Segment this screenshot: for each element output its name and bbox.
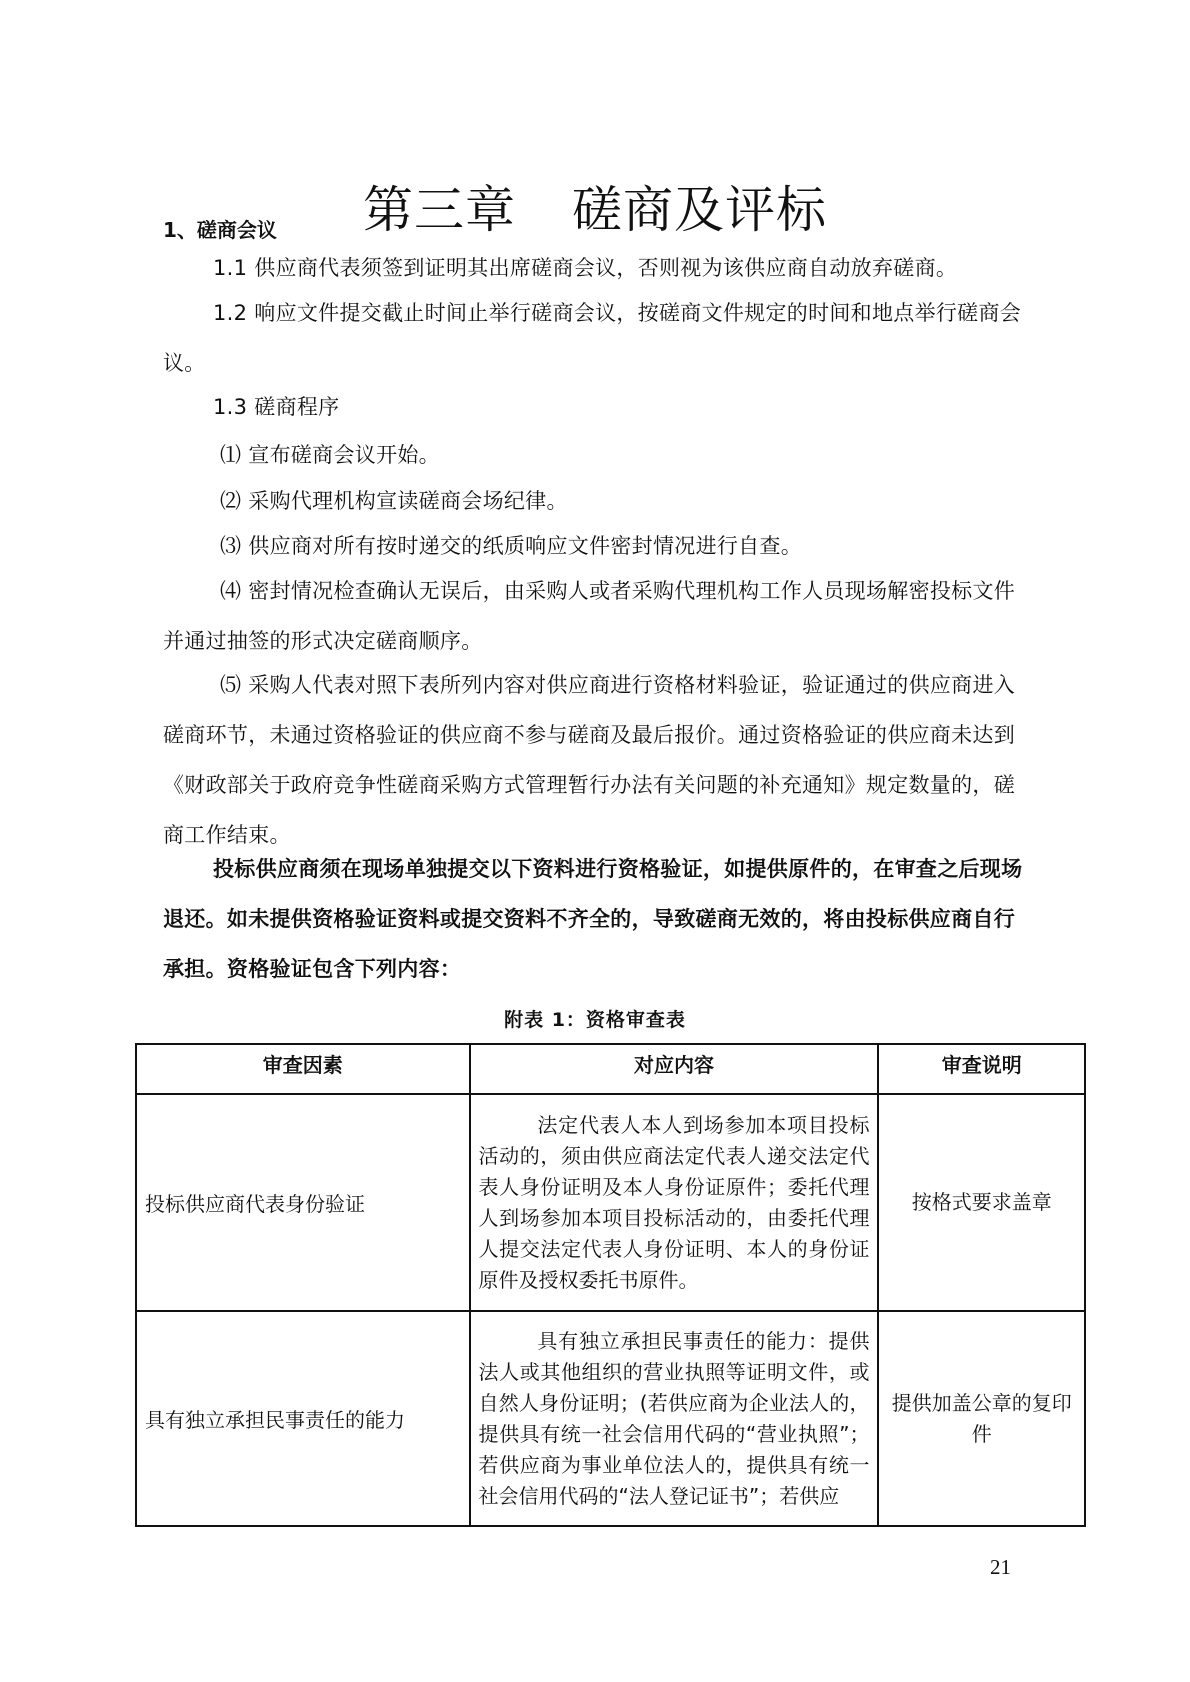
section-heading: 1、磋商会议: [163, 215, 277, 245]
qualification-review-table: 审查因素 对应内容 审查说明 投标供应商代表身份验证 法定代表人本人到场参加本项…: [135, 1043, 1086, 1527]
step-4: ⑷ 密封情况检查确认无误后，由采购人或者采购代理机构工作人员现场解密投标文件并通…: [163, 566, 1023, 666]
row-note: 按格式要求盖章: [878, 1094, 1085, 1311]
row-factor: 投标供应商代表身份验证: [136, 1094, 470, 1311]
header-factor: 审查因素: [136, 1044, 470, 1094]
row-factor: 具有独立承担民事责任的能力: [136, 1311, 470, 1526]
row-content-text: 具有独立承担民事责任的能力：提供法人或其他组织的营业执照等证明文件，或自然人身份…: [479, 1329, 870, 1508]
paragraph-1-1: 1.1 供应商代表须签到证明其出席磋商会议，否则视为该供应商自动放弃磋商。: [163, 243, 1023, 293]
qualification-notice: 投标供应商须在现场单独提交以下资料进行资格验证，如提供原件的，在审查之后现场退还…: [163, 844, 1023, 994]
page-number: 21: [990, 1555, 1011, 1580]
paragraph-1-2: 1.2 响应文件提交截止时间止举行磋商会议，按磋商文件规定的时间和地点举行磋商会…: [163, 288, 1023, 388]
step-2: ⑵ 采购代理机构宣读磋商会场纪律。: [163, 476, 1080, 526]
chapter-name: 磋商及评标: [572, 181, 827, 239]
row-note-text: 提供加盖公章的复印件: [892, 1391, 1072, 1446]
table-header-row: 审查因素 对应内容 审查说明: [136, 1044, 1085, 1094]
step-3: ⑶ 供应商对所有按时递交的纸质响应文件密封情况进行自查。: [163, 521, 1080, 571]
table-caption: 附表 1：资格审查表: [0, 1005, 1190, 1035]
step-1: ⑴ 宣布磋商会议开始。: [163, 430, 1080, 480]
header-content: 对应内容: [470, 1044, 879, 1094]
table-row: 投标供应商代表身份验证 法定代表人本人到场参加本项目投标活动的，须由供应商法定代…: [136, 1094, 1085, 1311]
row-content: 法定代表人本人到场参加本项目投标活动的，须由供应商法定代表人递交法定代表人身份证…: [470, 1094, 879, 1311]
row-note: 提供加盖公章的复印件: [878, 1311, 1085, 1526]
row-content: 具有独立承担民事责任的能力：提供法人或其他组织的营业执照等证明文件，或自然人身份…: [470, 1311, 879, 1526]
header-note: 审查说明: [878, 1044, 1085, 1094]
step-5: ⑸ 采购人代表对照下表所列内容对供应商进行资格材料验证，验证通过的供应商进入磋商…: [163, 660, 1023, 860]
paragraph-1-3: 1.3 磋商程序: [163, 382, 1023, 432]
chapter-number: 第三章: [363, 181, 516, 239]
row-content-text: 法定代表人本人到场参加本项目投标活动的，须由供应商法定代表人递交法定代表人身份证…: [479, 1113, 870, 1292]
table-row: 具有独立承担民事责任的能力 具有独立承担民事责任的能力：提供法人或其他组织的营业…: [136, 1311, 1085, 1526]
